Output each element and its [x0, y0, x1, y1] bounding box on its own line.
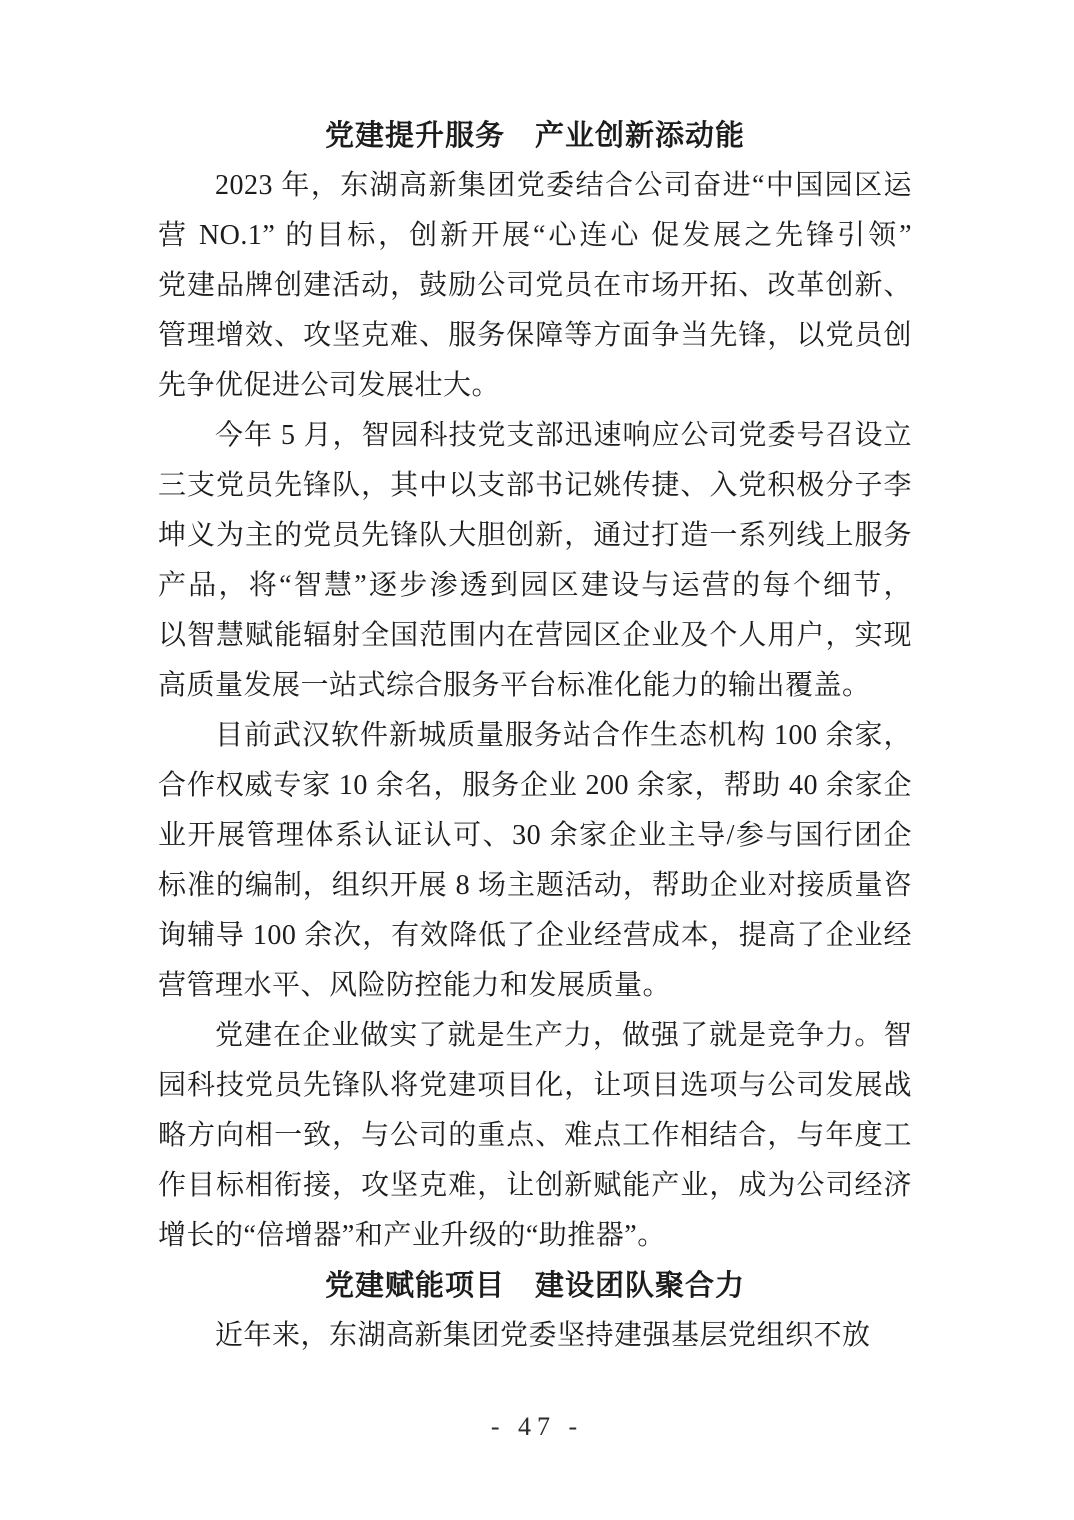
paragraph-line: 业开展管理体系认证认可、30 余家企业主导/参与国行团企	[158, 811, 912, 861]
paragraph-line: 管理增效、攻坚克难、服务保障等方面争当先锋，以党员创	[158, 311, 912, 361]
paragraph-line: 略方向相一致，与公司的重点、难点工作相结合，与年度工	[158, 1111, 912, 1161]
paragraph-line: 坤义为主的党员先锋队大胆创新，通过打造一系列线上服务	[158, 511, 912, 561]
paragraph-line: 近年来，东湖高新集团党委坚持建强基层党组织不放	[158, 1311, 912, 1361]
paragraph-line: 营 NO.1” 的目标，创新开展“心连心 促发展之先锋引领”	[158, 211, 912, 261]
paragraph: 今年 5 月，智园科技党支部迅速响应公司党委号召设立三支党员先锋队，其中以支部书…	[158, 411, 912, 711]
paragraph-line: 2023 年，东湖高新集团党委结合公司奋进“中国园区运	[158, 161, 912, 211]
paragraph-line: 增长的“倍增器”和产业升级的“助推器”。	[158, 1211, 912, 1261]
section-heading: 党建赋能项目 建设团队聚合力	[158, 1261, 912, 1311]
document-page: 党建提升服务 产业创新添动能2023 年，东湖高新集团党委结合公司奋进“中国园区…	[0, 0, 1074, 1520]
paragraph-line: 党建品牌创建活动，鼓励公司党员在市场开拓、改革创新、	[158, 261, 912, 311]
section-heading: 党建提升服务 产业创新添动能	[158, 111, 912, 161]
paragraph-line: 高质量发展一站式综合服务平台标准化能力的输出覆盖。	[158, 661, 912, 711]
page-number: - 47 -	[0, 1402, 1074, 1452]
paragraph-line: 合作权威专家 10 余名，服务企业 200 余家，帮助 40 余家企	[158, 761, 912, 811]
paragraph: 党建在企业做实了就是生产力，做强了就是竞争力。智园科技党员先锋队将党建项目化，让…	[158, 1011, 912, 1261]
paragraph: 2023 年，东湖高新集团党委结合公司奋进“中国园区运营 NO.1” 的目标，创…	[158, 161, 912, 411]
paragraph: 目前武汉软件新城质量服务站合作生态机构 100 余家，合作权威专家 10 余名，…	[158, 711, 912, 1011]
document-body: 党建提升服务 产业创新添动能2023 年，东湖高新集团党委结合公司奋进“中国园区…	[158, 111, 912, 1361]
paragraph-line: 产品，将“智慧”逐步渗透到园区建设与运营的每个细节，	[158, 561, 912, 611]
paragraph-line: 询辅导 100 余次，有效降低了企业经营成本，提高了企业经	[158, 911, 912, 961]
paragraph-line: 标准的编制，组织开展 8 场主题活动，帮助企业对接质量咨	[158, 861, 912, 911]
paragraph-line: 先争优促进公司发展壮大。	[158, 361, 912, 411]
paragraph-line: 营管理水平、风险防控能力和发展质量。	[158, 961, 912, 1011]
paragraph-line: 以智慧赋能辐射全国范围内在营园区企业及个人用户，实现	[158, 611, 912, 661]
paragraph-line: 园科技党员先锋队将党建项目化，让项目选项与公司发展战	[158, 1061, 912, 1111]
paragraph-line: 党建在企业做实了就是生产力，做强了就是竞争力。智	[158, 1011, 912, 1061]
paragraph: 近年来，东湖高新集团党委坚持建强基层党组织不放	[158, 1311, 912, 1361]
paragraph-line: 三支党员先锋队，其中以支部书记姚传捷、入党积极分子李	[158, 461, 912, 511]
paragraph-line: 今年 5 月，智园科技党支部迅速响应公司党委号召设立	[158, 411, 912, 461]
paragraph-line: 目前武汉软件新城质量服务站合作生态机构 100 余家，	[158, 711, 912, 761]
paragraph-line: 作目标相衔接，攻坚克难，让创新赋能产业，成为公司经济	[158, 1161, 912, 1211]
